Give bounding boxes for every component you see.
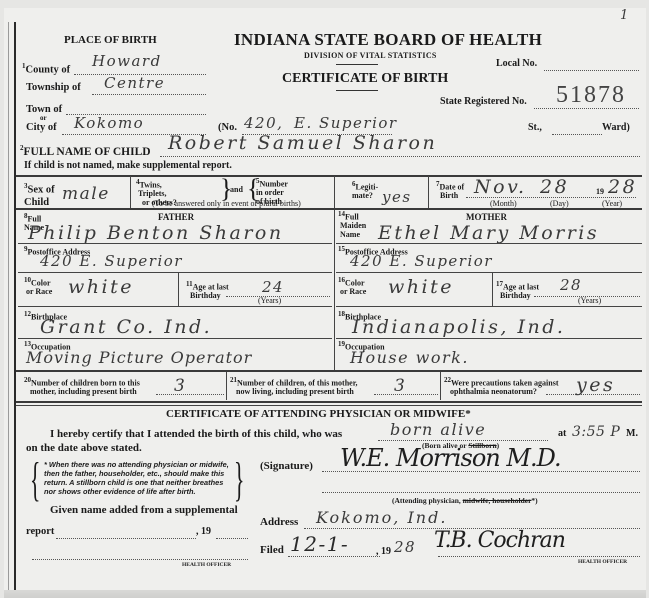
- row-rule: [336, 272, 642, 273]
- and-label: and: [230, 186, 243, 195]
- health-officer-left-field[interactable]: [32, 559, 248, 560]
- column-divider: [440, 372, 441, 400]
- row-rule: [18, 338, 332, 339]
- city-value: Kokomo: [74, 114, 144, 132]
- attending-caption: (Attending physician, midwife, household…: [392, 496, 538, 505]
- column-divider: [226, 372, 227, 400]
- street-name-value: E. Superior: [294, 114, 398, 132]
- street-no-value: 420,: [244, 114, 283, 132]
- corner-page-mark: 1: [620, 8, 630, 23]
- supplemental-name-text: Given name added from a supplemental: [50, 504, 238, 516]
- row-rule: [18, 306, 332, 307]
- right-brace-icon: }: [234, 456, 244, 504]
- mother-age-value: 28: [560, 276, 582, 294]
- child-name-value: Robert Samuel Sharon: [168, 132, 437, 154]
- precautions-label: 22Were precautions taken against ophthal…: [444, 376, 558, 397]
- born-status-value: born alive: [390, 420, 486, 439]
- row-rule: [18, 243, 332, 244]
- signature-line-2[interactable]: [322, 492, 640, 493]
- row-rule: [336, 306, 642, 307]
- column-divider: [178, 273, 179, 306]
- township-field[interactable]: [92, 94, 206, 95]
- mother-age-label: 17Age at last Birthday: [496, 280, 539, 301]
- page-edge-line: [8, 22, 9, 590]
- children-born-field[interactable]: [156, 394, 224, 395]
- column-divider: [130, 176, 131, 208]
- child-name-label: 2FULL NAME OF CHILD: [20, 144, 151, 158]
- local-no-field[interactable]: [544, 70, 639, 71]
- father-name-value: Philip Benton Sharon: [28, 222, 284, 244]
- parent-column-divider: [334, 210, 335, 370]
- ward-label: Ward): [602, 122, 630, 133]
- sex-value: male: [62, 184, 110, 204]
- father-age-value: 24: [262, 278, 284, 296]
- row-rule: [336, 338, 642, 339]
- address-label: Address: [260, 516, 298, 528]
- filed-label: Filed: [260, 544, 284, 556]
- report-year-prefix: , 19: [196, 526, 211, 537]
- report-field[interactable]: [56, 538, 196, 539]
- mother-birthplace-value: Indianapolis, Ind.: [352, 316, 565, 338]
- father-age-label: 11Age at last Birthday: [186, 280, 229, 301]
- report-label: report: [26, 526, 54, 537]
- place-of-birth-heading: PLACE OF BIRTH: [64, 34, 157, 46]
- mother-occupation-value: House work.: [350, 348, 469, 367]
- city-label: City of: [26, 122, 57, 133]
- township-value: Centre: [104, 74, 165, 92]
- certify-text: I hereby certify that I attended the bir…: [50, 428, 342, 440]
- attendant-heading: CERTIFICATE OF ATTENDING PHYSICIAN OR MI…: [166, 408, 471, 420]
- mother-color-value: white: [388, 276, 454, 298]
- filed-date-value: 12-1-: [290, 532, 349, 556]
- physician-signature: W.E. Morrison M.D.: [340, 444, 561, 472]
- father-color-label: 10Color or Race: [24, 276, 52, 297]
- title-divider: [336, 64, 378, 65]
- row-rule: [18, 272, 332, 273]
- legitimate-value: yes: [382, 188, 412, 206]
- state-registered-number: 51878: [556, 82, 626, 109]
- section-rule: [16, 370, 642, 372]
- health-officer-signature: T.B. Cochran: [434, 528, 565, 553]
- year-caption: (Year): [602, 199, 622, 208]
- mother-name-value: Ethel Mary Morris: [378, 222, 599, 244]
- health-officer-right-caption: HEALTH OFFICER: [578, 559, 627, 565]
- birth-time-value: 3:55 P: [572, 424, 620, 440]
- father-color-value: white: [68, 276, 134, 298]
- street-label: St.,: [528, 122, 542, 133]
- plural-births-note: (To be answered only in event of plural …: [152, 199, 301, 208]
- father-occupation-value: Moving Picture Operator: [26, 348, 252, 367]
- report-year-field[interactable]: [216, 538, 248, 539]
- signature-label: (Signature): [260, 460, 313, 472]
- father-birthplace-value: Grant Co. Ind.: [40, 316, 212, 338]
- ward-field[interactable]: [552, 134, 602, 135]
- filed-date-field[interactable]: [288, 556, 380, 557]
- mother-name-label: 14Full Maiden Name: [338, 210, 366, 239]
- child-name-field[interactable]: [160, 156, 640, 157]
- title-divider: [336, 90, 378, 91]
- children-living-label: 21Number of children, of this mother, no…: [230, 376, 358, 397]
- row-rule: [336, 243, 642, 244]
- local-no-label: Local No.: [496, 58, 537, 69]
- or-label: or: [40, 114, 47, 122]
- county-label: 1County of: [22, 62, 70, 76]
- children-living-value: 3: [394, 376, 406, 396]
- day-caption: (Day): [550, 199, 569, 208]
- precautions-value: yes: [576, 374, 615, 396]
- column-divider: [428, 176, 429, 208]
- county-value: Howard: [92, 52, 162, 70]
- address-value: Kokomo, Ind.: [316, 508, 447, 527]
- month-caption: (Month): [490, 199, 517, 208]
- supplemental-note: If child is not named, make supplemental…: [24, 160, 232, 171]
- filed-year-prefix: , 19: [376, 546, 391, 557]
- at-label: at: [558, 428, 566, 439]
- father-address-value: 420 E. Superior: [40, 252, 183, 270]
- mother-heading: MOTHER: [466, 212, 507, 222]
- section-rule: [16, 405, 642, 406]
- column-divider: [334, 176, 335, 208]
- state-registered-label: State Registered No.: [440, 96, 527, 107]
- legitimate-label: 6Legiti-mate?: [352, 180, 378, 201]
- page-bottom-shadow: [4, 590, 646, 598]
- birth-year-value: 28: [608, 176, 637, 198]
- mother-address-value: 420 E. Superior: [350, 252, 493, 270]
- left-brace-icon: {: [30, 456, 40, 504]
- years-caption: (Years): [258, 296, 281, 305]
- health-officer-left-caption: HEALTH OFFICER: [182, 562, 231, 568]
- mother-color-label: 16Color or Race: [338, 276, 366, 297]
- children-born-label: 20Number of children born to this mother…: [24, 376, 140, 397]
- filed-year-value: 28: [394, 538, 416, 556]
- birth-day-value: 28: [540, 176, 569, 198]
- attendant-footnote: * When there was no attending physician …: [44, 460, 234, 496]
- date-of-birth-label: 7Date of Birth: [436, 180, 464, 201]
- certificate-title: CERTIFICATE OF BIRTH: [282, 71, 448, 87]
- township-label: Township of: [26, 82, 81, 93]
- column-divider: [492, 273, 493, 306]
- sex-label: 3Sex ofChild: [24, 180, 55, 209]
- father-heading: FATHER: [158, 212, 194, 222]
- birth-certificate-page: 1 PLACE OF BIRTH INDIANA STATE BOARD OF …: [4, 8, 646, 590]
- date-stated-text: on the date above stated.: [26, 442, 142, 454]
- section-rule: [16, 401, 642, 403]
- meridiem-label: M.: [626, 428, 638, 439]
- division-title: DIVISION OF VITAL STATISTICS: [304, 51, 437, 60]
- children-born-value: 3: [174, 376, 186, 396]
- board-title: INDIANA STATE BOARD OF HEALTH: [234, 30, 542, 50]
- section-rule: [16, 208, 642, 210]
- birth-month-value: Nov.: [474, 176, 527, 198]
- left-border-rule: [14, 22, 16, 590]
- years-caption: (Years): [578, 296, 601, 305]
- birth-year-prefix: 19: [596, 188, 604, 197]
- health-officer-right-field[interactable]: [438, 556, 640, 557]
